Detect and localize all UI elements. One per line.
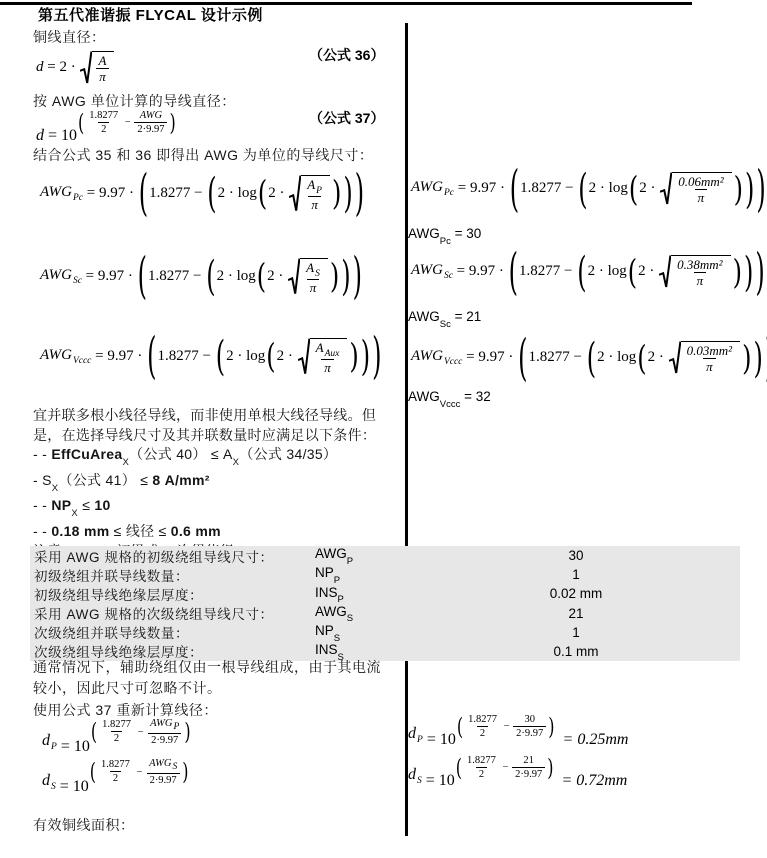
fraction: AAuxπ <box>313 341 343 375</box>
paren: ( <box>258 176 267 210</box>
fraction: 0.06mm²π <box>675 175 726 205</box>
math-token: 1.8277 − <box>519 263 576 280</box>
math-token: 2 <box>480 728 485 739</box>
paren: ( <box>257 259 266 293</box>
subscript: S <box>315 269 320 279</box>
fraction-denominator: π <box>96 68 109 84</box>
math-token: AWG <box>40 347 72 363</box>
math-token: − <box>134 767 145 778</box>
math-token: = <box>82 268 98 285</box>
fraction-denominator: π <box>694 272 707 288</box>
math-token: = <box>56 777 73 797</box>
text-segment: - - <box>33 497 51 513</box>
fraction-numerator: 0.38mm² <box>674 258 725 272</box>
math-token: − <box>501 721 512 732</box>
variable: AWGVccc <box>40 347 91 366</box>
math-token: A <box>306 260 314 275</box>
paren: ) <box>753 337 762 378</box>
math-token: π <box>310 280 317 295</box>
math-token: 2 <box>101 124 106 135</box>
paren: ) <box>343 173 352 214</box>
math-token: 9.97 · <box>98 268 137 285</box>
paren: ( <box>207 173 216 214</box>
paren: ) <box>733 254 742 288</box>
page-title: 第五代准谐振 FLYCAL 设计示例 <box>38 4 263 25</box>
condition-line: - - EffCuAreaX（公式 40） ≤ AX（公式 34/35） <box>33 445 405 471</box>
sqrt-body: 0.06mm²π <box>672 172 731 205</box>
condition-line: - - NPX ≤ 10 <box>33 496 405 522</box>
result-value: = 30 <box>451 226 481 241</box>
text-segment: 0.6 mm <box>171 523 221 539</box>
math-token: 2 · log <box>226 348 265 365</box>
math-token: 2·9.97 <box>515 769 542 780</box>
math-token: = <box>57 737 74 757</box>
text-segment: EffCuArea <box>51 446 122 462</box>
math-token: AWG <box>411 179 443 195</box>
formula-dp-numeric: dP = 10(1.82772 − 302·9.97) = 0.25mm <box>408 724 628 750</box>
paren: ) <box>349 339 358 373</box>
row-value: 1 <box>412 625 740 640</box>
fraction-numerator: 30 <box>521 714 538 726</box>
fraction-denominator: 2·9.97 <box>134 122 167 136</box>
subscript: Sc <box>73 276 82 286</box>
math-token: d <box>36 127 44 144</box>
subscript: X <box>52 483 59 494</box>
math-token: 2·9.97 <box>516 728 543 739</box>
fraction: Aπ <box>95 54 109 84</box>
subscript: P <box>347 556 353 567</box>
paren: ( <box>456 756 462 779</box>
fraction-denominator: 2·9.97 <box>512 767 545 781</box>
math-token: 10 <box>440 730 456 750</box>
paren: ( <box>510 164 519 213</box>
math-token: = <box>44 126 61 146</box>
paren: ) <box>341 256 350 297</box>
fraction: APπ <box>304 178 325 212</box>
subscript: Pc <box>444 188 454 198</box>
exponent: (1.82772 − AWGP2·9.97) <box>90 718 192 746</box>
paren: ( <box>139 169 148 218</box>
result-symbol: AWG <box>408 226 440 241</box>
variable: AWGP <box>150 718 179 733</box>
formula-awg-pc-symbolic: AWGPc = 9.97 · (1.8277 − (2 · log(2 · AP… <box>40 175 365 212</box>
exponent: (1.82772 − AWGS2·9.97) <box>89 758 190 786</box>
result-symbol: AWG <box>408 309 440 324</box>
math-token: = <box>422 771 439 791</box>
fraction-denominator: π <box>321 359 334 375</box>
row-label: 次级绕组并联导线数量： <box>30 622 315 642</box>
fraction-denominator: 2·9.97 <box>513 726 546 740</box>
math-token: 2 · log <box>597 349 636 366</box>
row-value: 0.02 mm <box>412 586 740 601</box>
math-token: AWG <box>411 262 443 278</box>
formula-37: d = 10(1.82772 − AWG2·9.97) <box>36 121 177 146</box>
wire-selection-conditions: 宜并联多根小线径导线，而非使用单根大线径导线。但是，在选择导线尺寸及其并联数量时… <box>33 406 405 561</box>
math-token: 2 · <box>648 349 668 366</box>
condition-line: 宜并联多根小线径导线，而非使用单根大线径导线。但 <box>33 406 405 426</box>
formula-awg-vccc-symbolic: AWGVccc = 9.97 · (1.8277 − (2 · log(2 · … <box>40 338 382 375</box>
exponent: (1.82772 − 212·9.97) <box>455 755 555 780</box>
fraction-numerator: 0.03mm² <box>684 344 735 358</box>
fraction-numerator: 1.8277 <box>86 110 121 122</box>
fraction-denominator: π <box>703 358 716 374</box>
fraction-numerator: 21 <box>520 755 537 767</box>
table-row: 采用 AWG 规格的次级绕组导线尺寸：AWGS21 <box>30 604 740 623</box>
table-row: 初级绕组导线绝缘层厚度：INSP0.02 mm <box>30 584 740 603</box>
fraction-denominator: 2 <box>477 726 488 740</box>
fraction-numerator: 1.8277 <box>465 714 500 726</box>
math-token: 9.97 · <box>470 180 509 197</box>
symbol-base: NP <box>315 623 334 638</box>
variable: AWGVccc <box>411 348 462 367</box>
math-token: 2 · <box>59 59 79 76</box>
fraction: 1.82772 <box>86 110 121 135</box>
fraction: 1.82772 <box>99 719 134 744</box>
math-token: AWG <box>150 718 172 729</box>
math-token: 1.8277 <box>102 719 131 730</box>
result-symbol: AWG <box>408 389 440 404</box>
math-token: d <box>36 59 44 76</box>
math-token: − <box>135 727 146 738</box>
fraction-denominator: 2 <box>98 122 109 136</box>
paren: ( <box>578 168 587 209</box>
math-token: 1.8277 − <box>520 180 577 197</box>
subscript: P <box>338 594 344 605</box>
math-token: d <box>408 766 416 783</box>
math-token: 10 <box>74 737 90 757</box>
subscript: S <box>347 613 353 624</box>
math-token: π <box>99 69 106 84</box>
subscript: Pc <box>440 236 451 247</box>
math-token: 2 · log <box>588 263 627 280</box>
subscript: P <box>334 575 340 586</box>
variable: dP <box>408 724 423 750</box>
text-segment: 0.18 mm <box>51 523 109 539</box>
fraction-denominator: 2·9.97 <box>148 733 181 747</box>
subscript: Vccc <box>73 356 91 366</box>
paren: ) <box>734 171 743 205</box>
variable: d <box>36 126 44 146</box>
paren: ( <box>206 256 215 297</box>
result-value: = 21 <box>451 309 481 324</box>
radical-icon <box>659 255 671 288</box>
table-row: 采用 AWG 规格的初级绕组导线尺寸：AWGP30 <box>30 546 740 565</box>
text-segment: 8 A/mm² <box>152 472 209 488</box>
fraction-numerator: A <box>95 54 109 68</box>
fraction-numerator: 0.06mm² <box>675 175 726 189</box>
row-value: 1 <box>412 567 740 582</box>
math-token: A <box>316 340 324 355</box>
subscript: Sc <box>440 319 451 330</box>
fraction: AWGP2·9.97 <box>147 718 182 746</box>
paren: ) <box>169 111 175 134</box>
subscript: S <box>172 762 177 772</box>
fraction: 1.82772 <box>465 714 500 739</box>
result-value: = 32 <box>460 389 490 404</box>
paren: ( <box>78 111 84 134</box>
sqrt-body: Aπ <box>92 51 114 84</box>
paren: ) <box>547 756 553 779</box>
formula-awg-vccc-numeric: AWGVccc = 9.97 · (1.8277 − (2 · log(2 · … <box>411 341 767 374</box>
paren: ) <box>355 169 364 218</box>
text-segment: ≤ 线径 ≤ <box>109 523 170 539</box>
formula-ds-symbolic: dS = 10(1.82772 − AWGS2·9.97) <box>42 769 189 797</box>
row-label: 采用 AWG 规格的次级绕组导线尺寸： <box>30 603 315 623</box>
math-token: 1.8277 − <box>528 349 585 366</box>
fraction: 302·9.97 <box>513 714 546 739</box>
sqrt: 0.03mm²π <box>669 341 740 374</box>
fraction: 0.38mm²π <box>674 258 725 288</box>
sqrt: 0.06mm²π <box>660 172 731 205</box>
fraction-numerator: AP <box>304 178 325 196</box>
fraction-numerator: 1.8277 <box>98 759 133 771</box>
math-token: A <box>98 53 106 68</box>
math-token: 9.97 · <box>107 348 146 365</box>
variable: AWGS <box>149 758 177 773</box>
paren: ( <box>577 251 586 292</box>
math-token: 2 · <box>638 263 658 280</box>
sqrt: Aπ <box>80 51 114 84</box>
math-token: AWG <box>40 267 72 283</box>
condition-line: - - 0.18 mm ≤ 线径 ≤ 0.6 mm <box>33 522 405 542</box>
symbol-base: NP <box>315 565 334 580</box>
math-token: AWG <box>40 184 72 200</box>
formula-result: = 0.72mm <box>557 771 627 791</box>
math-token: 2 · <box>639 180 659 197</box>
paren: ( <box>518 333 527 382</box>
paren: ) <box>755 247 764 296</box>
math-token: π <box>324 360 331 375</box>
fraction-denominator: π <box>307 279 320 295</box>
fraction-denominator: π <box>308 196 321 212</box>
aux-winding-note: 通常情况下，辅助绕组仅由一根导线组成，由于其电流较小，因此尺寸可忽略不计。 <box>33 657 381 699</box>
math-token: d <box>42 732 50 749</box>
symbol-base: INS <box>315 585 338 600</box>
math-token: = <box>454 180 470 197</box>
paren: ) <box>184 720 190 743</box>
math-token: 1.8277 <box>101 759 130 770</box>
math-token: 1.8277 − <box>149 185 206 202</box>
text-segment: （公式 41） ≤ <box>58 472 152 488</box>
text-segment: NP <box>51 497 71 513</box>
variable: dP <box>42 731 57 757</box>
document-page: { "page": {"background": "#ffffff", "div… <box>0 0 767 858</box>
math-token: 1.8277 <box>467 755 496 766</box>
sqrt-body: AAuxπ <box>310 338 348 375</box>
math-token: AWG <box>149 758 171 769</box>
text-segment: - - <box>33 446 51 462</box>
math-token: 2 <box>113 773 118 784</box>
fraction: AWG2·9.97 <box>134 110 167 135</box>
paren: ( <box>628 254 637 288</box>
math-token: π <box>311 197 318 212</box>
radical-icon <box>288 258 300 295</box>
paren: ) <box>744 251 753 292</box>
paren: ( <box>629 171 638 205</box>
subscript: X <box>233 457 240 468</box>
paren: ( <box>90 760 96 783</box>
variable: AWGPc <box>411 179 454 198</box>
symbol-base: AWG <box>315 546 347 561</box>
text-segment: 宜并联多根小线径导线，而非使用单根大线径导线。但 <box>33 407 376 423</box>
result-awg-vccc: AWGVccc = 32 <box>408 389 491 408</box>
math-token: 2·9.97 <box>150 775 177 786</box>
sqrt: AAuxπ <box>298 338 348 375</box>
subscript: Sc <box>444 271 453 281</box>
row-label: 初级绕组并联导线数量： <box>30 565 315 585</box>
fraction-numerator: 1.8277 <box>464 755 499 767</box>
fraction-denominator: π <box>695 189 708 205</box>
sqrt-body: ASπ <box>300 258 328 295</box>
paragraph-line: 通常情况下，辅助绕组仅由一根导线组成，由于其电流 <box>33 657 381 678</box>
math-token: − <box>500 762 511 773</box>
paren: ) <box>361 336 370 377</box>
math-token: 2 · log <box>218 185 257 202</box>
math-token: 9.97 · <box>99 185 138 202</box>
winding-parameter-table: 采用 AWG 规格的初级绕组导线尺寸：AWGP30初级绕组并联导线数量：NPP1… <box>30 546 740 661</box>
math-token: 1.8277 − <box>148 268 205 285</box>
paren: ) <box>745 168 754 209</box>
variable: AWGPc <box>40 184 83 203</box>
variable: AWGSc <box>40 267 82 286</box>
sqrt-body: 0.38mm²π <box>671 255 730 288</box>
sqrt: APπ <box>289 175 330 212</box>
row-symbol: NPP <box>315 565 412 584</box>
condition-line: - SX（公式 41） ≤ 8 A/mm² <box>33 471 405 497</box>
variable: AS <box>306 261 320 279</box>
exponent: (1.82772 − 302·9.97) <box>456 714 556 739</box>
row-label: 初级绕组导线绝缘层厚度： <box>30 584 315 604</box>
variable: AAux <box>316 341 340 359</box>
math-token: 1.8277 <box>89 110 118 121</box>
paren: ) <box>330 259 339 293</box>
variable: dS <box>408 765 422 791</box>
paren: ( <box>147 332 156 381</box>
math-token: 10 <box>61 126 77 146</box>
math-token: π <box>706 359 713 374</box>
subscript: Vccc <box>440 399 461 410</box>
formula-awg-sc-symbolic: AWGSc = 9.97 · (1.8277 − (2 · log(2 · AS… <box>40 258 363 295</box>
formula-awg-pc-numeric: AWGPc = 9.97 · (1.8277 − (2 · log(2 · 0.… <box>411 172 767 205</box>
radical-icon <box>660 172 672 205</box>
math-token: 9.97 · <box>478 349 517 366</box>
column-divider <box>405 23 408 836</box>
math-token: = <box>462 349 478 366</box>
formula-ds-numeric: dS = 10(1.82772 − 212·9.97) = 0.72mm <box>408 765 627 791</box>
variable: AWGSc <box>411 262 453 281</box>
text-segment: - - <box>33 523 51 539</box>
paren: ) <box>756 164 765 213</box>
radical-icon <box>669 341 681 374</box>
formula-awg-sc-numeric: AWGSc = 9.97 · (1.8277 − (2 · log(2 · 0.… <box>411 255 766 288</box>
fraction-denominator: 2 <box>110 771 121 785</box>
math-token: AWG <box>411 348 443 364</box>
paren: ( <box>216 336 225 377</box>
label-awg-diameter: 按 AWG 单位计算的导线直径： <box>33 91 236 111</box>
symbol-base: INS <box>315 642 338 657</box>
math-token: π <box>698 190 705 205</box>
formula-dp-symbolic: dP = 10(1.82772 − AWGP2·9.97) <box>42 729 192 757</box>
paren: ) <box>548 715 554 738</box>
text-segment: （公式 34/35） <box>239 446 337 462</box>
fraction: 1.82772 <box>98 759 133 784</box>
fraction: ASπ <box>303 261 323 295</box>
paren: ) <box>182 760 188 783</box>
math-token: 2·9.97 <box>151 735 178 746</box>
fraction-numerator: AWGS <box>146 758 180 773</box>
fraction: 1.82772 <box>464 755 499 780</box>
math-token: 2 · <box>267 268 287 285</box>
math-token: A <box>307 177 315 192</box>
paren: ) <box>372 332 381 381</box>
fraction-numerator: 1.8277 <box>99 719 134 731</box>
exponent: (1.82772 − AWG2·9.97) <box>77 110 177 135</box>
result-awg-pc: AWGPc = 30 <box>408 226 481 245</box>
paren: ( <box>266 339 275 373</box>
paren: ( <box>91 720 97 743</box>
fraction-numerator: AS <box>303 261 323 279</box>
math-token: 9.97 · <box>469 263 508 280</box>
fraction: 0.03mm²π <box>684 344 735 374</box>
formula-37-tag: （公式 37） <box>309 108 384 128</box>
table-row: 初级绕组并联导线数量：NPP1 <box>30 565 740 584</box>
row-value: 0.1 mm <box>412 644 740 659</box>
math-token: d <box>42 772 50 789</box>
paren: ( <box>587 337 596 378</box>
subscript: Vccc <box>444 357 462 367</box>
math-token: 21 <box>523 755 534 766</box>
math-token: 10 <box>439 771 455 791</box>
sqrt: ASπ <box>288 258 328 295</box>
paren: ( <box>138 252 147 301</box>
paragraph-line: 较小，因此尺寸可忽略不计。 <box>33 678 381 699</box>
math-token: 30 <box>524 714 535 725</box>
variable: AP <box>307 178 322 196</box>
math-token: = <box>91 348 107 365</box>
sqrt: 0.38mm²π <box>659 255 730 288</box>
math-token: 2 <box>479 769 484 780</box>
math-token: − <box>122 117 133 128</box>
subscript: X <box>71 508 78 519</box>
math-token: 2 · <box>268 185 288 202</box>
text-segment: ≤ <box>78 497 94 513</box>
math-token: 0.03mm² <box>687 343 732 358</box>
radical-icon <box>289 175 301 212</box>
math-token: 2·9.97 <box>137 124 164 135</box>
paren: ( <box>637 340 646 374</box>
subscript: Pc <box>73 193 83 203</box>
math-token: = <box>83 185 99 202</box>
row-symbol: AWGS <box>315 604 412 623</box>
math-token: = <box>453 263 469 280</box>
sqrt-body: 0.03mm²π <box>681 341 740 374</box>
result-awg-sc: AWGSc = 21 <box>408 309 481 328</box>
math-token: 2 · log <box>217 268 256 285</box>
math-token: 1.8277 <box>468 714 497 725</box>
fraction-denominator: 2·9.97 <box>147 773 180 787</box>
label-effective-copper-area: 有效铜线面积： <box>33 815 135 835</box>
math-token: AWG <box>140 110 162 121</box>
paren: ) <box>742 340 751 374</box>
math-token: 1.8277 − <box>157 348 214 365</box>
fraction-denominator: 2 <box>476 767 487 781</box>
label-combine-formulas: 结合公式 35 和 36 即得出 AWG 为单位的导线尺寸： <box>33 145 373 165</box>
row-symbol: INSP <box>315 585 412 604</box>
subscript: P <box>316 186 322 196</box>
math-token: 2 <box>114 733 119 744</box>
formula-36: d = 2 · Aπ <box>36 51 115 84</box>
math-token: 0.38mm² <box>677 257 722 272</box>
